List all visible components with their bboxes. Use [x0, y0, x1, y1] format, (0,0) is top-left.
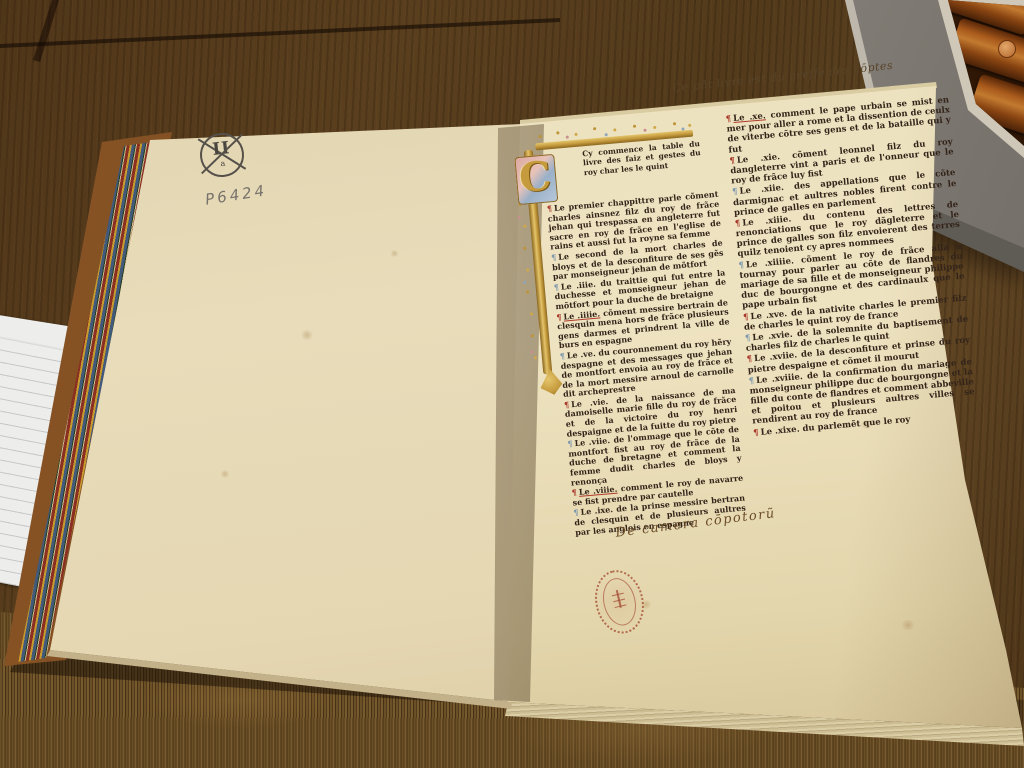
toc-column-1: ¶Le premier chappittre parle cõment char… — [547, 190, 748, 539]
illuminated-initial-C: C — [514, 154, 558, 205]
pilcrow-icon: ¶ — [735, 219, 741, 229]
pilcrow-icon: ¶ — [729, 156, 735, 166]
foxing-spot — [390, 250, 399, 257]
pilcrow-icon: ¶ — [725, 114, 731, 124]
pilcrow-icon: ¶ — [732, 187, 738, 197]
chapter-number: Le .xixe. — [760, 424, 800, 437]
photo-of-open-manuscript: II a P6424 Ce pñt livre est du greffe de… — [0, 0, 1024, 768]
right-page-text-block: Ce pñt livre est du greffe des cōptes C … — [528, 89, 1024, 728]
foxing-spot — [300, 330, 314, 340]
oval-armorial-library-stamp-icon — [589, 565, 650, 638]
pilcrow-icon: ¶ — [748, 376, 754, 386]
pilcrow-icon: ¶ — [753, 428, 759, 438]
initial-letter: C — [517, 152, 553, 202]
rubric-heading: Cy commence la table du livre des faiz e… — [582, 139, 702, 177]
pilcrow-icon: ¶ — [746, 355, 752, 365]
round-label-sticker — [998, 40, 1016, 58]
foxing-spot — [220, 470, 230, 478]
pilcrow-icon: ¶ — [745, 333, 751, 343]
ivy-spray-decoration — [538, 135, 541, 138]
pilcrow-icon: ¶ — [738, 260, 744, 270]
toc-column-2: ¶Le .xe. comment le pape urbain se mist … — [725, 95, 977, 439]
pilcrow-icon: ¶ — [743, 312, 749, 322]
